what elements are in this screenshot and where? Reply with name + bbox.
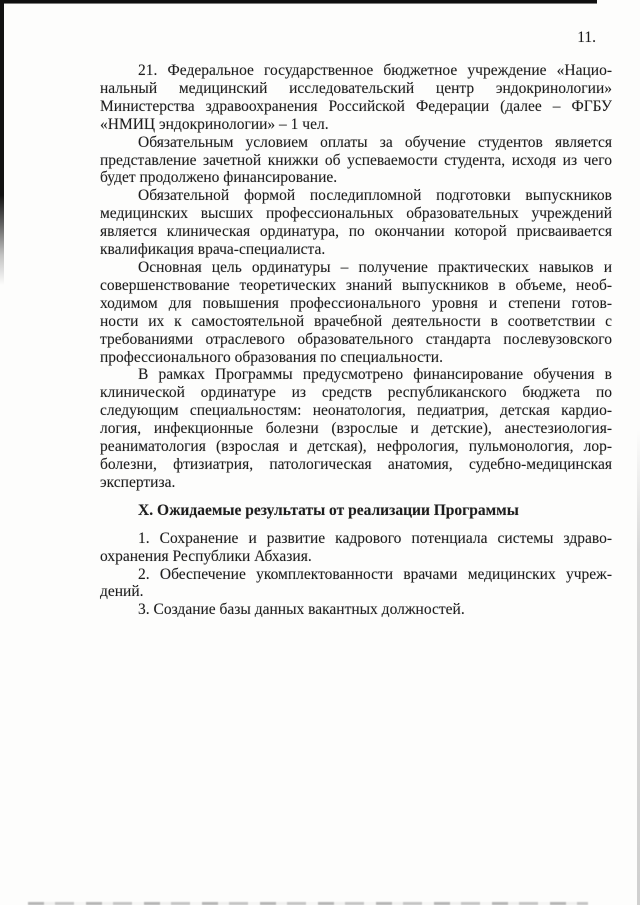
text-line: нальный медицинский исследовательский це… — [100, 80, 612, 98]
text-line: профессионального образования по специал… — [100, 349, 612, 367]
text-line: 2. Обеспечение укомплектованности врачам… — [100, 566, 612, 584]
paragraph: Основная цель ординатуры – получение пра… — [100, 259, 612, 366]
text-line: ности их к самостоятельной врачебной дея… — [100, 313, 612, 331]
text-line: требованиями отраслевого образовательног… — [100, 331, 612, 349]
text-line: клинической ординатуре из средств респуб… — [100, 384, 612, 402]
paragraph: В рамках Программы предусмотрено финанси… — [100, 366, 612, 491]
paragraph: Обязательным условием оплаты за обучение… — [100, 134, 612, 188]
list-item-paragraph: 3. Создание базы данных вакантных должно… — [100, 601, 612, 619]
text-line: экспертиза. — [100, 474, 612, 492]
text-line: 3. Создание базы данных вакантных должно… — [100, 601, 612, 619]
list-item-paragraph: 2. Обеспечение укомплектованности врачам… — [100, 566, 612, 602]
text-line: представление зачетной книжки об успевае… — [100, 152, 612, 170]
text-line: охранения Республики Абхазия. — [100, 548, 612, 566]
scan-edge-left-artifact — [0, 0, 4, 285]
document-page: 11. 21. Федеральное государственное бюдж… — [0, 0, 640, 905]
expected-results-list: 1. Сохранение и развитие кадрового потен… — [100, 530, 612, 620]
text-line: 21. Федеральное государственное бюджетно… — [100, 62, 612, 80]
text-line: следующим специальностям: неонатология, … — [100, 402, 612, 420]
text-line: Обязательным условием оплаты за обучение… — [100, 134, 612, 152]
text-line: совершенствование теоретических знаний в… — [100, 277, 612, 295]
text-line: Обязательной формой последипломной подго… — [100, 187, 612, 205]
page-content: 21. Федеральное государственное бюджетно… — [100, 62, 612, 619]
text-line: 1. Сохранение и развитие кадрового потен… — [100, 530, 612, 548]
section-heading: Х. Ожидаемые результаты от реализации Пр… — [100, 502, 612, 520]
text-line: будет продолжено финансирование. — [100, 169, 612, 187]
text-line: болезни, фтизиатрия, патологическая анат… — [100, 456, 612, 474]
text-line: Министерства здравоохранения Российской … — [100, 98, 612, 116]
text-line: квалификация врача-специалиста. — [100, 241, 612, 259]
page-number: 11. — [577, 29, 596, 47]
list-item-paragraph: 1. Сохранение и развитие кадрового потен… — [100, 530, 612, 566]
paragraph: Обязательной формой последипломной подго… — [100, 187, 612, 259]
text-line: Основная цель ординатуры – получение пра… — [100, 259, 612, 277]
text-line: медицинских высших профессиональных обра… — [100, 205, 612, 223]
text-line: «НМИЦ эндокринологии» – 1 чел. — [100, 116, 612, 134]
scan-edge-top-artifact — [0, 0, 597, 4]
text-line: В рамках Программы предусмотрено финанси… — [100, 366, 612, 384]
paragraph: 21. Федеральное государственное бюджетно… — [100, 62, 612, 134]
text-line: реаниматология (взрослая и детская), неф… — [100, 438, 612, 456]
text-line: является клиническая ординатура, по окон… — [100, 223, 612, 241]
text-line: ходимом для повышения профессионального … — [100, 295, 612, 313]
text-line: логия, инфекционные болезни (взрослые и … — [100, 420, 612, 438]
body-paragraphs: 21. Федеральное государственное бюджетно… — [100, 62, 612, 492]
text-line: дений. — [100, 583, 612, 601]
